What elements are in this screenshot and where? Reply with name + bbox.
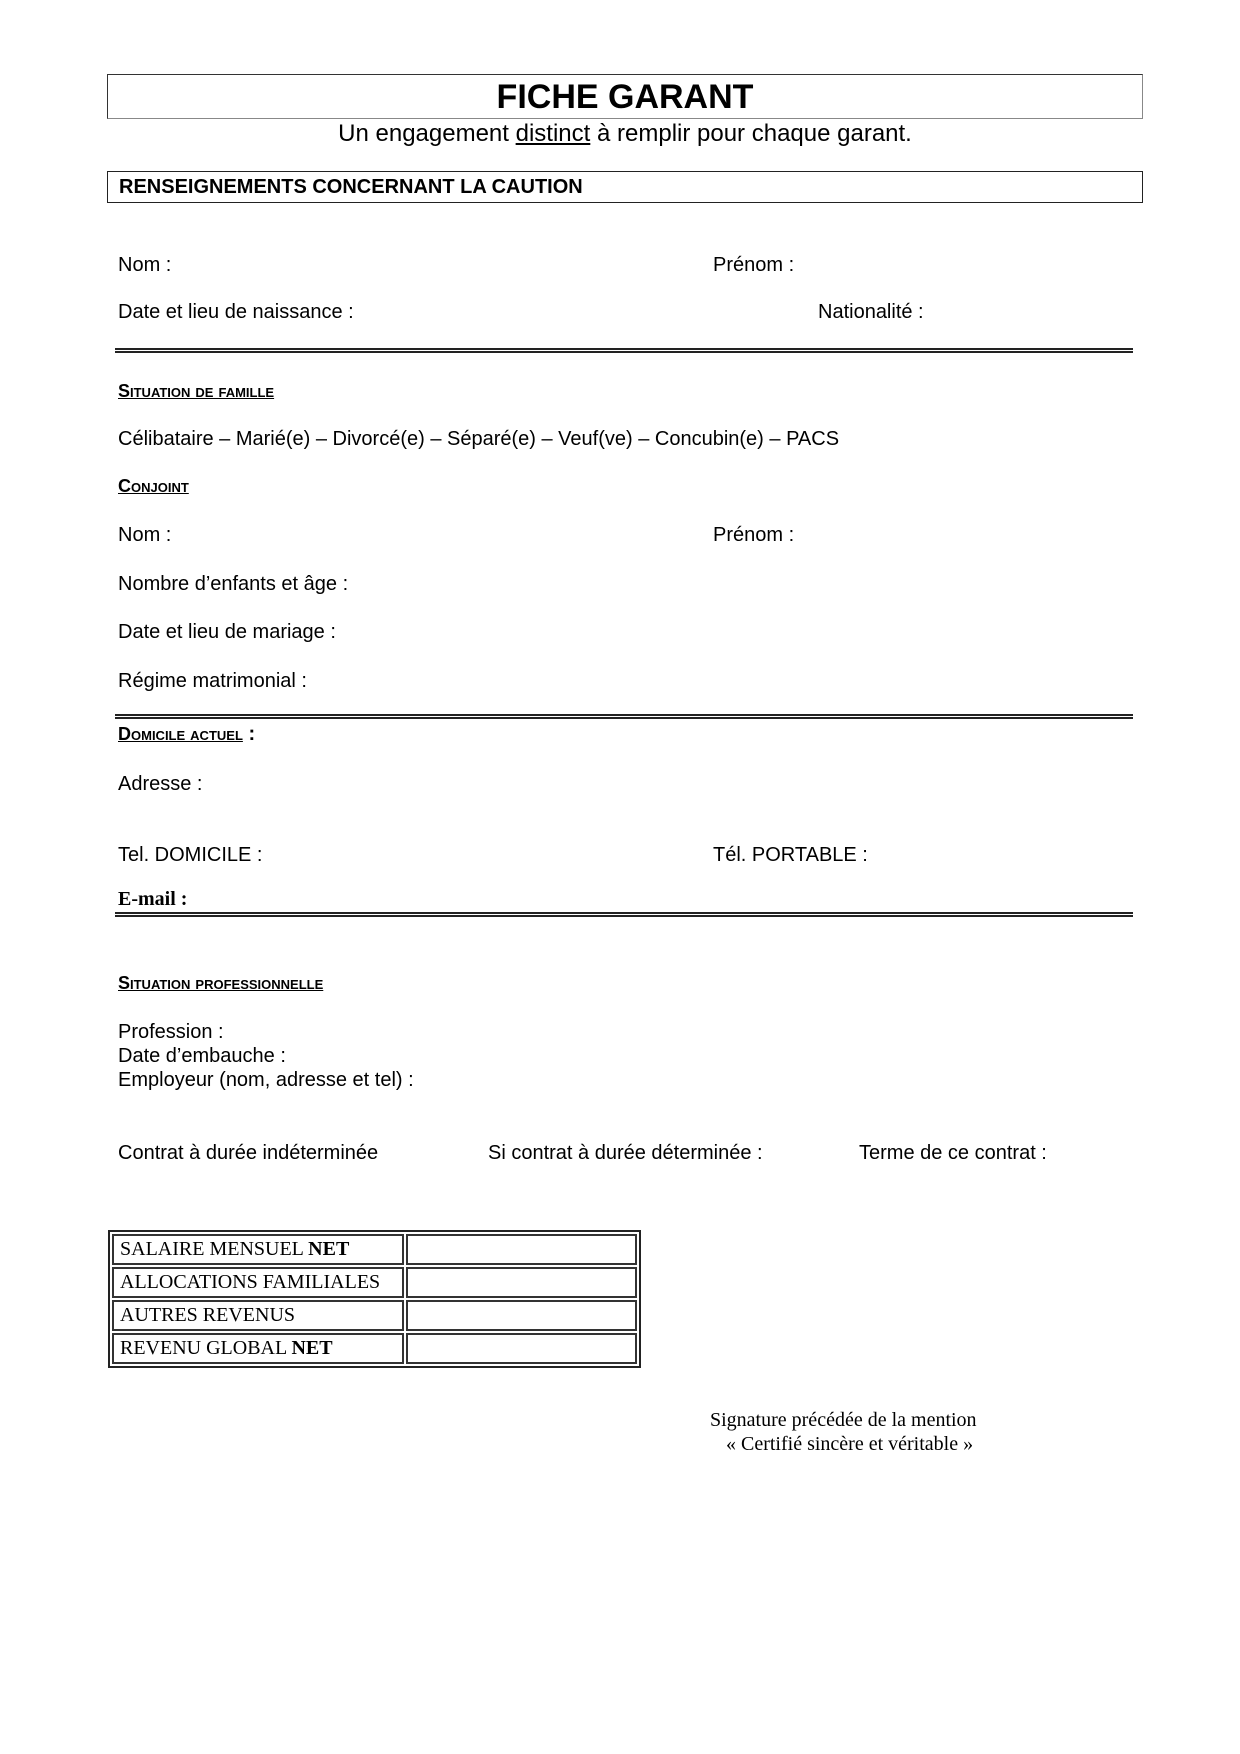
family-status-options[interactable]: Célibataire – Marié(e) – Divorcé(e) – Sé…	[118, 427, 839, 451]
heading-domicile: Domicile actuel :	[118, 723, 255, 746]
subtitle: Un engagement distinct à remplir pour ch…	[107, 120, 1143, 148]
field-embauche[interactable]: Date d’embauche :	[118, 1044, 286, 1068]
table-row: ALLOCATIONS FAMILIALES	[112, 1267, 637, 1298]
subtitle-emphasis: distinct	[516, 120, 591, 147]
autres-revenus-cell[interactable]	[406, 1300, 637, 1331]
heading-domicile-colon: :	[243, 723, 255, 745]
row-label: REVENU GLOBAL NET	[112, 1333, 404, 1364]
divider	[115, 348, 1133, 353]
title-box: FICHE GARANT	[107, 74, 1143, 119]
divider	[115, 714, 1133, 719]
field-conjoint-nom[interactable]: Nom :	[118, 523, 171, 547]
field-enfants[interactable]: Nombre d’enfants et âge :	[118, 572, 348, 596]
field-employeur[interactable]: Employeur (nom, adresse et tel) :	[118, 1068, 414, 1092]
salaire-net-cell[interactable]	[406, 1234, 637, 1265]
field-profession[interactable]: Profession :	[118, 1020, 224, 1044]
table-row: SALAIRE MENSUEL NET	[112, 1234, 637, 1265]
heading-domicile-text: Domicile actuel	[118, 724, 243, 744]
field-nationalite[interactable]: Nationalité :	[818, 300, 924, 324]
revenu-global-cell[interactable]	[406, 1333, 637, 1364]
field-email[interactable]: E-mail :	[118, 887, 187, 911]
divider	[115, 912, 1133, 917]
field-naissance[interactable]: Date et lieu de naissance :	[118, 300, 354, 324]
heading-conjoint: Conjoint	[118, 475, 189, 497]
option-cdd[interactable]: Si contrat à durée déterminée :	[488, 1141, 763, 1165]
field-conjoint-prenom[interactable]: Prénom :	[713, 523, 794, 547]
field-adresse[interactable]: Adresse :	[118, 772, 202, 796]
page-title: FICHE GARANT	[108, 78, 1142, 116]
heading-situation-pro: Situation professionnelle	[118, 972, 323, 994]
field-regime[interactable]: Régime matrimonial :	[118, 669, 307, 693]
heading-situation-famille: Situation de famille	[118, 380, 274, 402]
table-row: AUTRES REVENUS	[112, 1300, 637, 1331]
revenus-table: SALAIRE MENSUEL NET ALLOCATIONS FAMILIAL…	[108, 1230, 641, 1368]
table-row: REVENU GLOBAL NET	[112, 1333, 637, 1364]
option-cdi[interactable]: Contrat à durée indéterminée	[118, 1141, 378, 1165]
field-nom[interactable]: Nom :	[118, 253, 171, 277]
row-label: AUTRES REVENUS	[112, 1300, 404, 1331]
row-label: SALAIRE MENSUEL NET	[112, 1234, 404, 1265]
section-title: RENSEIGNEMENTS CONCERNANT LA CAUTION	[119, 176, 583, 198]
row-label: ALLOCATIONS FAMILIALES	[112, 1267, 404, 1298]
field-tel-portable[interactable]: Tél. PORTABLE :	[713, 843, 868, 867]
field-prenom[interactable]: Prénom :	[713, 253, 794, 277]
subtitle-text-end: à remplir pour chaque garant.	[590, 120, 912, 147]
field-mariage[interactable]: Date et lieu de mariage :	[118, 620, 336, 644]
section-header-caution: RENSEIGNEMENTS CONCERNANT LA CAUTION	[107, 171, 1143, 203]
signature-line-2: « Certifié sincère et véritable »	[726, 1432, 973, 1456]
signature-line-1: Signature précédée de la mention	[710, 1408, 977, 1432]
field-tel-domicile[interactable]: Tel. DOMICILE :	[118, 843, 262, 867]
field-terme-contrat[interactable]: Terme de ce contrat :	[859, 1141, 1047, 1165]
subtitle-text: Un engagement	[338, 120, 515, 147]
allocations-cell[interactable]	[406, 1267, 637, 1298]
